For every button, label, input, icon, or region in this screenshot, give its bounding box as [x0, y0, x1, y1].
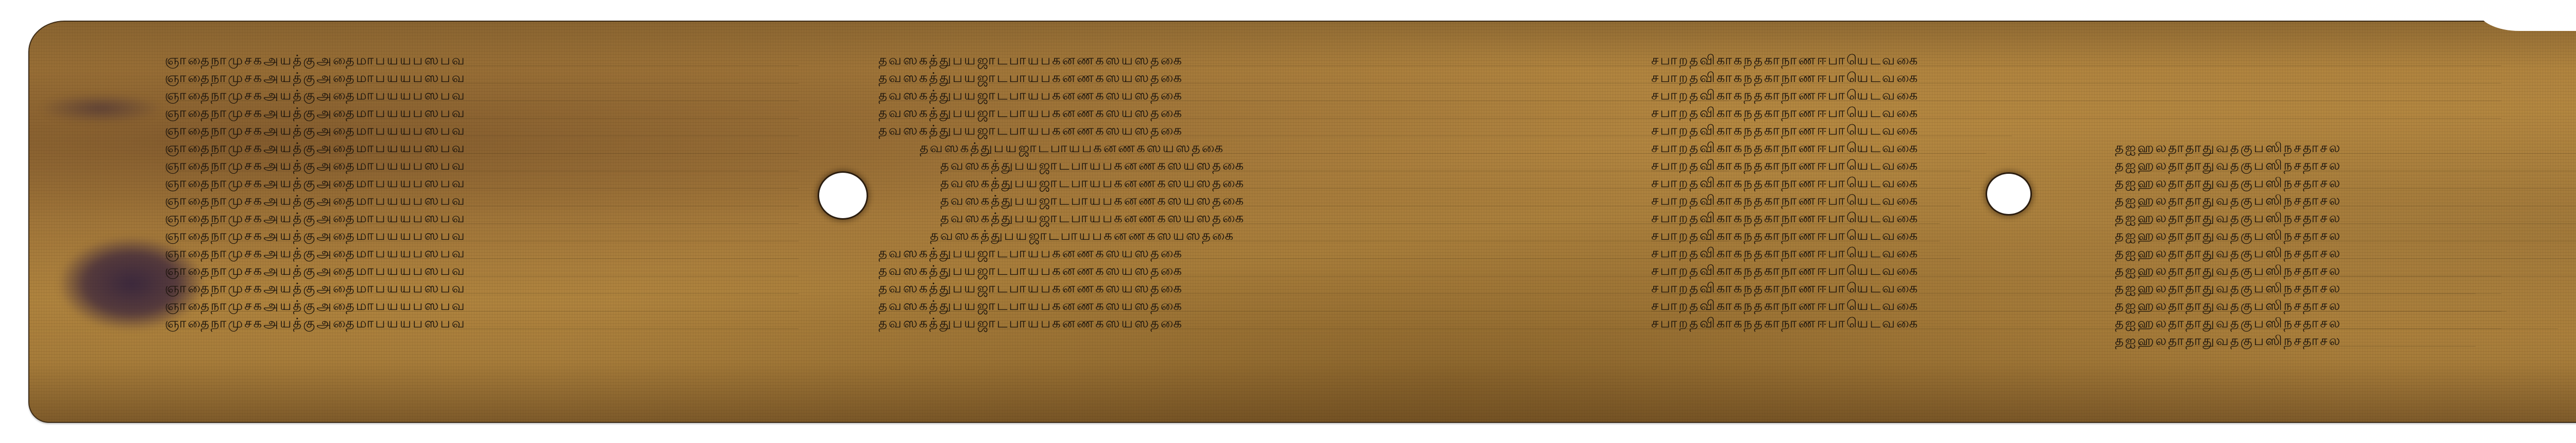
script-line: ஞாதைநாமுசகஅயத்குஅதைமாபயயபஸபவ [165, 227, 799, 244]
script-line: தஐஹலதாதாதுவதகுபஸிநசதாசல [2115, 297, 2506, 315]
script-line: சபாறதவிகாகநதகாநாணஈபாயெடவகை [1651, 139, 1986, 157]
script-line: தவஸகத்துபயஜாடபாயபகனணகஸயஸதகை [920, 139, 1728, 157]
script-line: ஞாதைநாமுசகஅயத்குஅதைமாபயயபஸபவ [165, 122, 799, 139]
script-line: தவஸகத்துபயஜாடபாயபகனணகஸயஸதகை [878, 104, 1728, 122]
script-line: ஞாதைநாமுசகஅயத்குஅதைமாபயயபஸபவ [165, 104, 799, 122]
script-line: தஐஹலதாதாதுவதகுபஸிநசதாசல [2115, 139, 2576, 157]
script-line: தவஸகத்துபயஜாடபாயபகனணகஸயஸதகை [878, 122, 1728, 139]
script-line: சபாறதவிகாகநதகாநாணஈபாயெடவகை [1651, 174, 1971, 192]
script-line: தவஸகத்துபயஜாடபாயபகனணகஸயஸதகை [940, 209, 1728, 227]
script-line: தஐஹலதாதாதுவதகுபஸிநசதாசல [2115, 227, 2576, 244]
script-line: சபாறதவிகாகநதகாநாணஈபாயெடவகை [1651, 209, 1940, 227]
script-line: சபாறதவிகாகநதகாநாணஈபாயெடவகை [1651, 87, 2501, 104]
script-line: தஐஹலதாதாதுவதகுபஸிநசதாசல [2115, 262, 2576, 280]
script-line: ஞாதைநாமுசகஅயத்குஅதைமாபயயபஸபவ [165, 174, 799, 192]
script-line: தவஸகத்துபயஜாடபாயபகனணகஸயஸதகை [940, 192, 1728, 209]
script-line: தவஸகத்துபயஜாடபாயபகனணகஸயஸதகை [878, 52, 1728, 69]
script-line: சபாறதவிகாகநதகாநாணஈபாயெடவகை [1651, 52, 2501, 69]
script-line: ஞாதைநாமுசகஅயத்குஅதைமாபயயபஸபவ [165, 87, 799, 104]
script-line: தஐஹலதாதாதுவதகுபஸிநசதாசல [2115, 280, 2476, 297]
binding-hole-right [1987, 174, 2030, 214]
ink-stain-left-top [39, 93, 162, 124]
script-line: ஞாதைநாமுசகஅயத்குஅதைமாபயயபஸபவ [165, 262, 799, 280]
script-line: சபாறதவிகாகநதகாநாணஈபாயெடவகை [1651, 227, 1940, 244]
script-line: தஐஹலதாதாதுவதகுபஸிநசதாசல [2115, 157, 2576, 174]
text-block-right: தஐஹலதாதாதுவதகுபஸிநசதாசல தஐஹலதாதாதுவதகுபஸ… [2115, 139, 2576, 350]
script-line: ஞாதைநாமுசகஅயத்குஅதைமாபயயபஸபவ [165, 192, 799, 209]
script-line: தவஸகத்துபயஜாடபாயபகனணகஸயஸதகை [930, 227, 1728, 244]
script-line: சபாறதவிகாகநதகாநாணஈபாயெடவகை [1651, 157, 1971, 174]
script-line: சபாறதவிகாகநதகாநாணஈபாயெடவகை [1651, 244, 1960, 262]
script-line: சபாறதவிகாகநதகாநாணஈபாயெடவகை [1651, 69, 2501, 87]
script-line: தவஸகத்துபயஜாடபாயபகனணகஸயஸதகை [940, 174, 1728, 192]
script-line: தஐஹலதாதாதுவதகுபஸிநசதாசல [2115, 244, 2576, 262]
script-line: தவஸகத்துபயஜாடபாயபகனணகஸயஸதகை [878, 244, 1728, 262]
script-line: தவஸகத்துபயஜாடபாயபகனணகஸயஸதகை [878, 69, 1728, 87]
script-line: தவஸகத்துபயஜாடபாயபகனணகஸயஸதகை [878, 297, 1728, 315]
palm-leaf: ஞாதைநாமுசகஅயத்குஅதைமாபயயபஸபவ ஞாதைநாமுசகஅ… [28, 21, 2576, 423]
script-line: ஞாதைநாமுசகஅயத்குஅதைமாபயயபஸபவ [165, 315, 799, 332]
script-line: தஐஹலதாதாதுவதகுபஸிநசதாசல [2115, 209, 2576, 227]
script-line: ஞாதைநாமுசகஅயத்குஅதைமாபயயபஸபவ [165, 280, 799, 297]
script-line: சபாறதவிகாகநதகாநாணஈபாயெடவகை [1651, 122, 2012, 139]
script-line: சபாறதவிகாகநதகாநாணஈபாயெடவகை [1651, 104, 2501, 122]
script-line: தஐஹலதாதாதுவதகுபஸிநசதாசல [2115, 332, 2476, 350]
binding-hole-left [819, 173, 867, 218]
script-line: ஞாதைநாமுசகஅயத்குஅதைமாபயயபஸபவ [165, 157, 799, 174]
text-block-left: ஞாதைநாமுசகஅயத்குஅதைமாபயயபஸபவ ஞாதைநாமுசகஅ… [165, 52, 799, 332]
script-line: தவஸகத்துபயஜாடபாயபகனணகஸயஸதகை [878, 280, 1728, 297]
text-block-middle: தவஸகத்துபயஜாடபாயபகனணகஸயஸதகை தவஸகத்துபயஜா… [878, 52, 1728, 332]
script-line: ஞாதைநாமுசகஅயத்குஅதைமாபயயபஸபவ [165, 297, 799, 315]
script-line: ஞாதைநாமுசகஅயத்குஅதைமாபயயபஸபவ [165, 69, 799, 87]
script-line: தஐஹலதாதாதுவதகுபஸிநசதாசல [2115, 192, 2576, 209]
script-line: தவஸகத்துபயஜாடபாயபகனணகஸயஸதகை [878, 315, 1728, 332]
script-line: தஐஹலதாதாதுவதகுபஸிநசதாசல [2115, 315, 2558, 332]
script-line: சபாறதவிகாகநதகாநாணஈபாயெடவகை [1651, 192, 1960, 209]
script-line: தவஸகத்துபயஜாடபாயபகனணகஸயஸதகை [878, 262, 1728, 280]
script-line: தவஸகத்துபயஜாடபாயபகனணகஸயஸதகை [940, 157, 1728, 174]
script-line: தவஸகத்துபயஜாடபாயபகனணகஸயஸதகை [878, 87, 1728, 104]
script-line: ஞாதைநாமுசகஅயத்குஅதைமாபயயபஸபவ [165, 52, 799, 69]
script-line: ஞாதைநாமுசகஅயத்குஅதைமாபயயபஸபவ [165, 209, 799, 227]
leaf-torn-edge [2478, 0, 2576, 31]
script-line: ஞாதைநாமுசகஅயத்குஅதைமாபயயபஸபவ [165, 139, 799, 157]
script-line: ஞாதைநாமுசகஅயத்குஅதைமாபயயபஸபவ [165, 244, 799, 262]
script-line: தஐஹலதாதாதுவதகுபஸிநசதாசல [2115, 174, 2576, 192]
